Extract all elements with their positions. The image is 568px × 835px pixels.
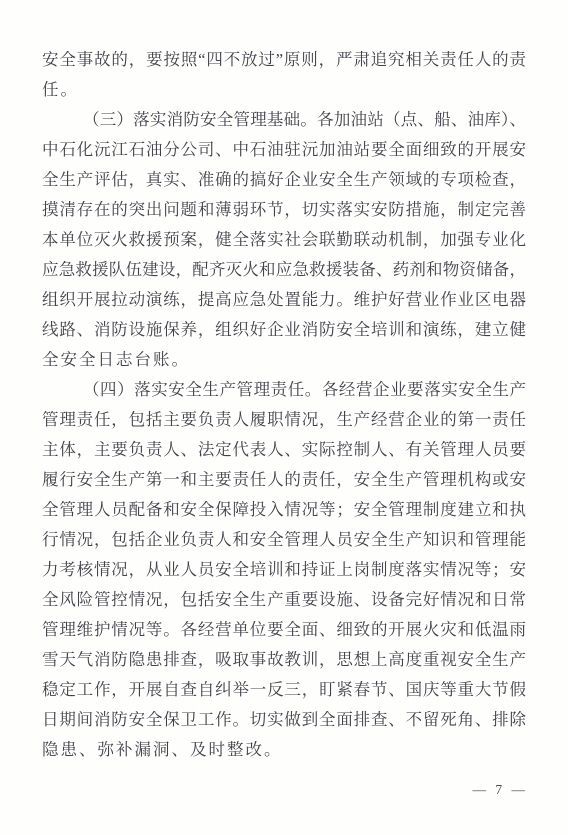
- text-line: 组织开展拉动演练，提高应急处置能力。维护好营业作业区电器: [42, 285, 526, 315]
- text-line: 全安全日志台账。: [42, 345, 526, 375]
- text-line: 本单位灭火救援预案，健全落实社会联勤联动机制，加强专业化: [42, 225, 526, 255]
- text-line: 线路、消防设施保养，组织好企业消防安全培训和演练，建立健: [42, 315, 526, 345]
- text-line: 管理责任，包括主要负责人履职情况，生产经营企业的第一责任: [42, 405, 526, 435]
- document-body: 安全事故的，要按照“四不放过”原则，严肃追究相关责任人的责任。（三）落实消防安全…: [42, 45, 526, 765]
- text-line: 全风险管控情况，包括安全生产重要设施、设备完好情况和日常: [42, 585, 526, 615]
- page-number: — 7 —: [473, 782, 529, 798]
- text-line: 全生产评估，真实、准确的搞好企业安全生产领域的专项检查，: [42, 165, 526, 195]
- text-line: （四）落实安全生产管理责任。各经营企业要落实安全生产: [42, 375, 526, 405]
- text-line: 全管理人员配备和安全保障投入情况等；安全管理制度建立和执: [42, 495, 526, 525]
- text-line: 日期间消防安全保卫工作。切实做到全面排查、不留死角、排除: [42, 705, 526, 735]
- text-line: 摸清存在的突出问题和薄弱环节，切实落实安防措施，制定完善: [42, 195, 526, 225]
- text-line: 雪天气消防隐患排查，吸取事故教训，思想上高度重视安全生产: [42, 645, 526, 675]
- text-line: 主体，主要负责人、法定代表人、实际控制人、有关管理人员要: [42, 435, 526, 465]
- text-line: 力考核情况，从业人员安全培训和持证上岗制度落实情况等；安: [42, 555, 526, 585]
- text-line: 中石化沅江石油分公司、中石油驻沅加油站要全面细致的开展安: [42, 135, 526, 165]
- text-line: 履行安全生产第一和主要责任人的责任，安全生产管理机构或安: [42, 465, 526, 495]
- text-line: 管理维护情况等。各经营单位要全面、细致的开展火灾和低温雨: [42, 615, 526, 645]
- text-line: （三）落实消防安全管理基础。各加油站（点、船、油库）、: [42, 105, 526, 135]
- text-line: 隐患、弥补漏洞、及时整改。: [42, 735, 526, 765]
- document-page: 安全事故的，要按照“四不放过”原则，严肃追究相关责任人的责任。（三）落实消防安全…: [0, 0, 568, 835]
- text-line: 安全事故的，要按照“四不放过”原则，严肃追究相关责任人的责: [42, 45, 526, 75]
- text-line: 行情况，包括企业负责人和安全管理人员安全生产知识和管理能: [42, 525, 526, 555]
- text-line: 稳定工作，开展自查自纠举一反三，盯紧春节、国庆等重大节假: [42, 675, 526, 705]
- text-line: 任。: [42, 75, 526, 105]
- text-line: 应急救援队伍建设，配齐灭火和应急救援装备、药剂和物资储备，: [42, 255, 526, 285]
